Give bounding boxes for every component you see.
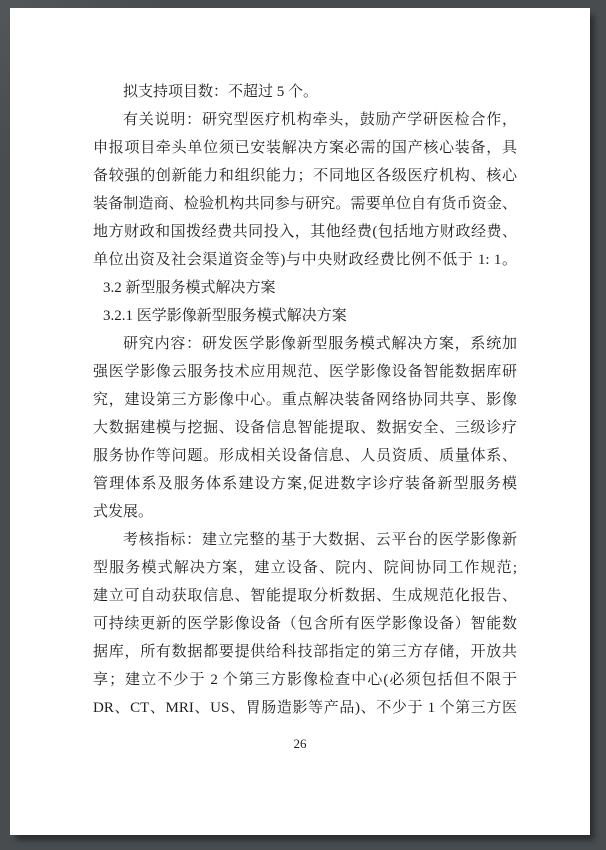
text-line: 服务协作等问题。形成相关设备信息、人员资质、质量体系、: [93, 442, 517, 470]
text-line: 型服务模式解决方案，建立设备、院内、院间协同工作规范;: [93, 554, 517, 582]
text-line: 3.2.1 医学影像新型服务模式解决方案: [93, 302, 517, 330]
page-number: 26: [10, 736, 590, 752]
document-page: 拟支持项目数：不超过 5 个。 有关说明：研究型医疗机构牵头，鼓励产学研医检合作…: [10, 8, 590, 835]
text-line: 享；建立不少于 2 个第三方影像检查中心(必须包括但不限于: [93, 666, 517, 694]
text-line: 拟支持项目数：不超过 5 个。: [93, 78, 517, 106]
text-line: 申报项目牵头单位须已安装解决方案必需的国产核心装备，具: [93, 134, 517, 162]
text-line: 有关说明：研究型医疗机构牵头，鼓励产学研医检合作，: [93, 106, 517, 134]
text-line: 研究内容：研发医学影像新型服务模式解决方案，系统加: [93, 330, 517, 358]
text-line: 究，建设第三方影像中心。重点解决装备网络协同共享、影像: [93, 386, 517, 414]
page-text: 拟支持项目数：不超过 5 个。 有关说明：研究型医疗机构牵头，鼓励产学研医检合作…: [10, 8, 590, 722]
text-line: 备较强的创新能力和组织能力；不同地区各级医疗机构、核心: [93, 162, 517, 190]
text-line: 管理体系及服务体系建设方案,促进数字诊疗装备新型服务模: [93, 470, 517, 498]
text-line: 据库，所有数据都要提供给科技部指定的第三方存储，开放共: [93, 638, 517, 666]
text-line: 单位出资及社会渠道资金等)与中央财政经费比例不低于 1: 1。: [93, 246, 517, 274]
text-line: 式发展。: [93, 498, 517, 526]
text-line: 建立可自动获取信息、智能提取分析数据、生成规范化报告、: [93, 582, 517, 610]
text-line: 装备制造商、检验机构共同参与研究。需要单位自有货币资金、: [93, 190, 517, 218]
text-line: 地方财政和国拨经费共同投入，其他经费(包括地方财政经费、: [93, 218, 517, 246]
text-line: 考核指标：建立完整的基于大数据、云平台的医学影像新: [93, 526, 517, 554]
text-line: DR、CT、MRI、US、胃肠造影等产品)、不少于 1 个第三方医: [93, 694, 517, 722]
text-line: 3.2 新型服务模式解决方案: [93, 274, 517, 302]
text-line: 强医学影像云服务技术应用规范、医学影像设备智能数据库研: [93, 358, 517, 386]
text-line: 可持续更新的医学影像设备（包含所有医学影像设备）智能数: [93, 610, 517, 638]
document-viewer-background: 拟支持项目数：不超过 5 个。 有关说明：研究型医疗机构牵头，鼓励产学研医检合作…: [0, 0, 606, 850]
text-line: 大数据建模与挖掘、设备信息智能提取、数据安全、三级诊疗: [93, 414, 517, 442]
